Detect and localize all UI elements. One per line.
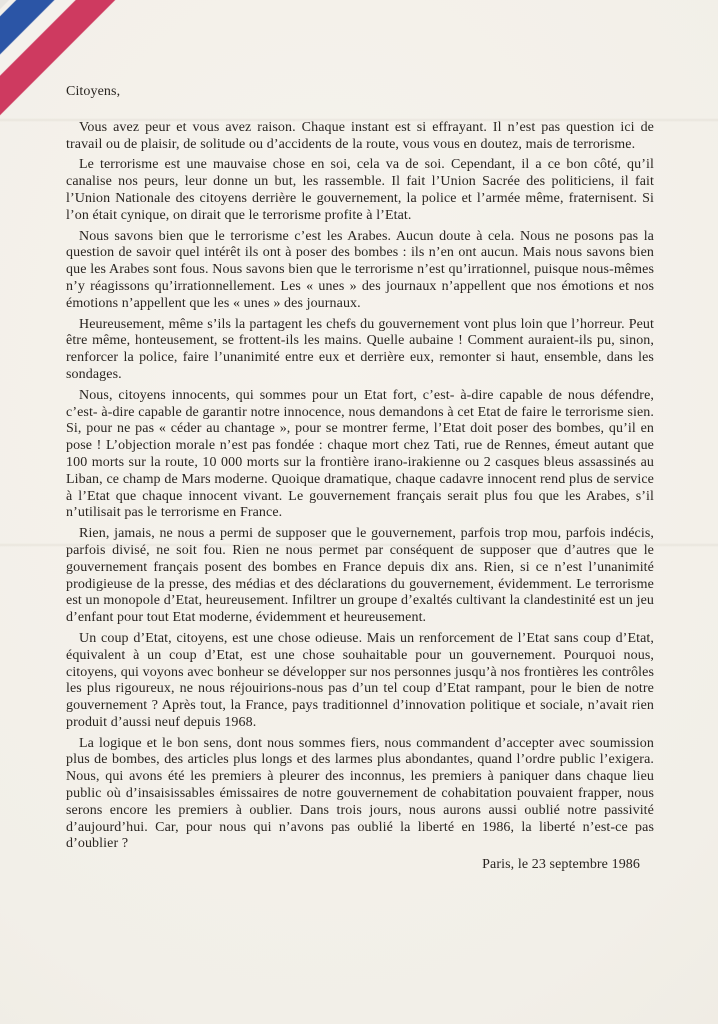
letter-page: Citoyens, Vous avez peur et vous avez ra… — [0, 0, 718, 1024]
paragraph-1: Vous avez peur et vous avez raison. Chaq… — [66, 120, 654, 154]
paragraph-4: Heureusement, même s’ils la partagent le… — [66, 317, 654, 384]
paragraph-7: Un coup d’Etat, citoyens, est une chose … — [66, 631, 654, 732]
paragraph-5: Nous, citoyens innocents, qui sommes pou… — [66, 388, 654, 522]
paragraph-8: La logique et le bon sens, dont nous som… — [66, 736, 654, 854]
paragraph-6: Rien, jamais, ne nous a permi de suppose… — [66, 526, 654, 627]
paragraph-3: Nous savons bien que le terrorisme c’est… — [66, 229, 654, 313]
dateline: Paris, le 23 septembre 1986 — [66, 857, 640, 874]
letter-body: Citoyens, Vous avez peur et vous avez ra… — [66, 84, 654, 874]
paragraph-2: Le terrorisme est une mauvaise chose en … — [66, 157, 654, 224]
salutation: Citoyens, — [66, 84, 654, 101]
